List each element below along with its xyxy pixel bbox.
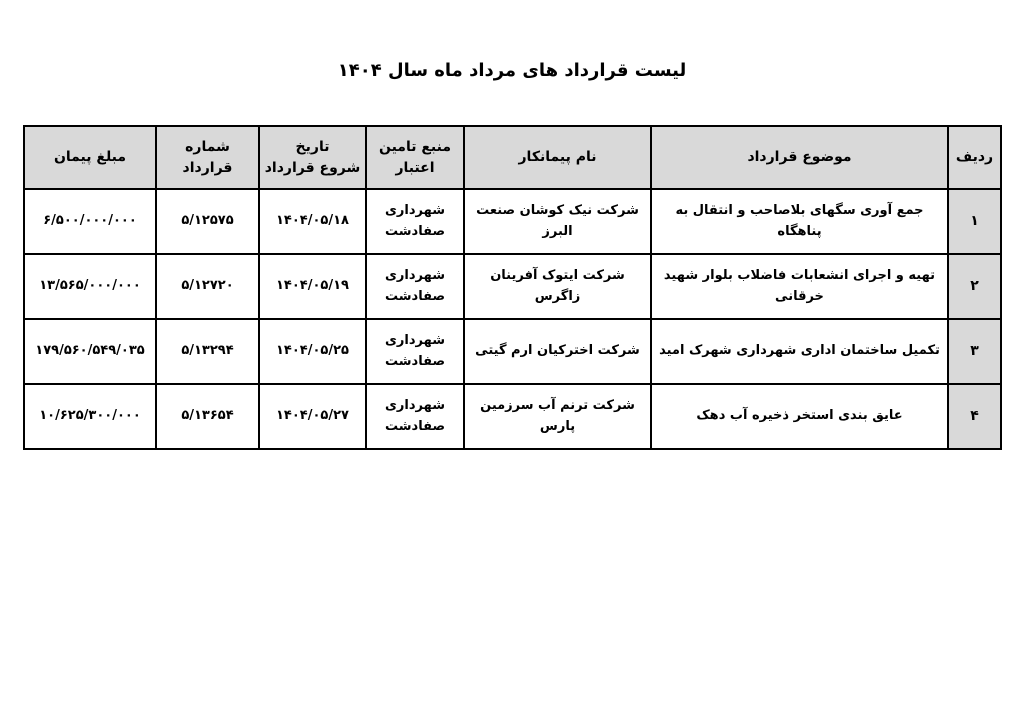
- cell-amount: ۱۷۹/۵۶۰/۵۴۹/۰۳۵: [24, 319, 156, 384]
- cell-start-date: ۱۴۰۴/۰۵/۲۷: [259, 384, 366, 449]
- cell-amount: ۱۰/۶۲۵/۳۰۰/۰۰۰: [24, 384, 156, 449]
- document-page: لیست قرارداد های مرداد ماه سال ۱۴۰۴ ردیف…: [0, 0, 1024, 724]
- page-title: لیست قرارداد های مرداد ماه سال ۱۴۰۴: [0, 60, 1024, 81]
- cell-contract-number: ۵/۱۳۶۵۴: [156, 384, 259, 449]
- cell-amount: ۱۳/۵۶۵/۰۰۰/۰۰۰: [24, 254, 156, 319]
- header-contractor: نام پیمانکار: [464, 126, 651, 189]
- cell-subject: جمع آوری سگهای بلاصاحب و انتقال به پناهگ…: [651, 189, 948, 254]
- header-funding-source: منبع تامین اعتبار: [366, 126, 464, 189]
- cell-start-date: ۱۴۰۴/۰۵/۱۸: [259, 189, 366, 254]
- cell-radif: ۴: [948, 384, 1001, 449]
- table-row: ۴ عایق بندی استخر ذخیره آب دهک شرکت ترنم…: [24, 384, 1001, 449]
- cell-subject: تکمیل ساختمان اداری شهرداری شهرک امید: [651, 319, 948, 384]
- cell-contract-number: ۵/۱۲۵۷۵: [156, 189, 259, 254]
- cell-subject: عایق بندی استخر ذخیره آب دهک: [651, 384, 948, 449]
- cell-subject: تهیه و اجرای انشعابات فاضلاب بلوار شهید …: [651, 254, 948, 319]
- cell-amount: ۶/۵۰۰/۰۰۰/۰۰۰: [24, 189, 156, 254]
- contracts-table: ردیف موضوع قرارداد نام پیمانکار منبع تام…: [23, 125, 1002, 450]
- cell-contract-number: ۵/۱۲۷۲۰: [156, 254, 259, 319]
- cell-contract-number: ۵/۱۳۲۹۴: [156, 319, 259, 384]
- cell-funding-source: شهرداری صفادشت: [366, 254, 464, 319]
- cell-funding-source: شهرداری صفادشت: [366, 319, 464, 384]
- header-contract-number: شماره قرارداد: [156, 126, 259, 189]
- cell-radif: ۳: [948, 319, 1001, 384]
- cell-funding-source: شهرداری صفادشت: [366, 189, 464, 254]
- table-row: ۲ تهیه و اجرای انشعابات فاضلاب بلوار شهی…: [24, 254, 1001, 319]
- header-subject: موضوع قرارداد: [651, 126, 948, 189]
- cell-radif: ۲: [948, 254, 1001, 319]
- cell-funding-source: شهرداری صفادشت: [366, 384, 464, 449]
- table-row: ۳ تکمیل ساختمان اداری شهرداری شهرک امید …: [24, 319, 1001, 384]
- header-start-date: تاریخ شروع قرارداد: [259, 126, 366, 189]
- cell-start-date: ۱۴۰۴/۰۵/۲۵: [259, 319, 366, 384]
- cell-contractor: شرکت ایتوک آفرینان زاگرس: [464, 254, 651, 319]
- header-radif: ردیف: [948, 126, 1001, 189]
- table-header-row: ردیف موضوع قرارداد نام پیمانکار منبع تام…: [24, 126, 1001, 189]
- header-amount: مبلغ پیمان: [24, 126, 156, 189]
- cell-contractor: شرکت ترنم آب سرزمین پارس: [464, 384, 651, 449]
- cell-radif: ۱: [948, 189, 1001, 254]
- table-row: ۱ جمع آوری سگهای بلاصاحب و انتقال به پنا…: [24, 189, 1001, 254]
- cell-contractor: شرکت اخترکیان ارم گیتی: [464, 319, 651, 384]
- cell-contractor: شرکت نیک کوشان صنعت البرز: [464, 189, 651, 254]
- cell-start-date: ۱۴۰۴/۰۵/۱۹: [259, 254, 366, 319]
